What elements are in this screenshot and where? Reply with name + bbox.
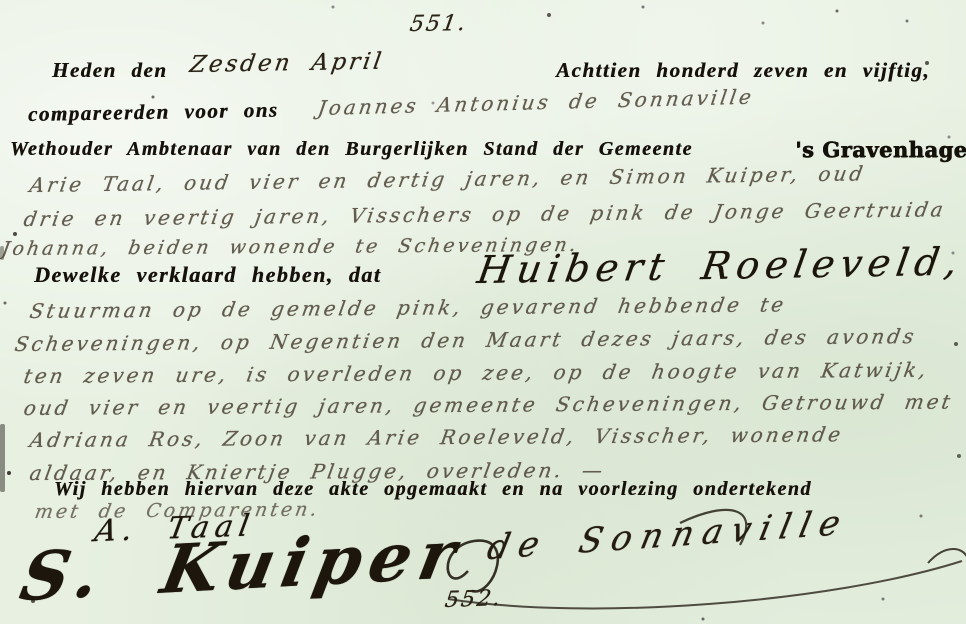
printed-wethouder: Wethouder Ambtenaar van den Burgerlijken… <box>10 138 693 161</box>
record-number-bottom: 552. <box>443 586 503 613</box>
signature-kuiper: S. Kuiper <box>14 514 470 616</box>
hand-deceased-name: Huibert Roeleveld, <box>475 239 966 292</box>
printed-dewelke: Dewelke verklaard hebben, dat <box>34 262 381 288</box>
hand-line-body3: ten zeven ure, is overleden op zee, op d… <box>22 358 931 388</box>
record-number-top: 551. <box>408 11 469 37</box>
printed-year: Achttien honderd zeven en vijftig, <box>556 58 930 83</box>
printed-city-gravenhage: 's Gravenhage, <box>795 137 966 162</box>
death-record-page: 551. Heden den Zesden April Achttien hon… <box>0 0 966 624</box>
signature-sonnaville: de Sonnaville <box>484 502 853 568</box>
hand-line-body4: oud vier en veertig jaren, gemeente Sche… <box>22 390 955 421</box>
scan-speckles <box>0 0 2 2</box>
hand-line-body1: Stuurman op de gemelde pink, gevarend he… <box>28 292 788 323</box>
hand-line-declarant1: Arie Taal, oud vier en dertig jaren, en … <box>28 161 867 197</box>
hand-line-body2: Scheveningen, op Negentien den Maart dez… <box>13 324 919 356</box>
hand-line-body5: Adriana Ros, Zoon van Arie Roeleveld, Vi… <box>28 422 845 452</box>
scan-edge-smudge <box>0 424 5 492</box>
hand-line-declarant2: drie en veertig jaren, Visschers op de p… <box>22 197 948 231</box>
hand-date: Zesden April <box>188 49 386 78</box>
printed-closing: Wij hebben hiervan deze akte opgemaakt e… <box>54 478 812 501</box>
printed-heden-den: Heden den <box>52 58 167 83</box>
printed-compareerden: compareerden voor ons <box>28 98 279 127</box>
hand-registrar-name: Joannes Antonius de Sonnaville <box>316 85 756 121</box>
